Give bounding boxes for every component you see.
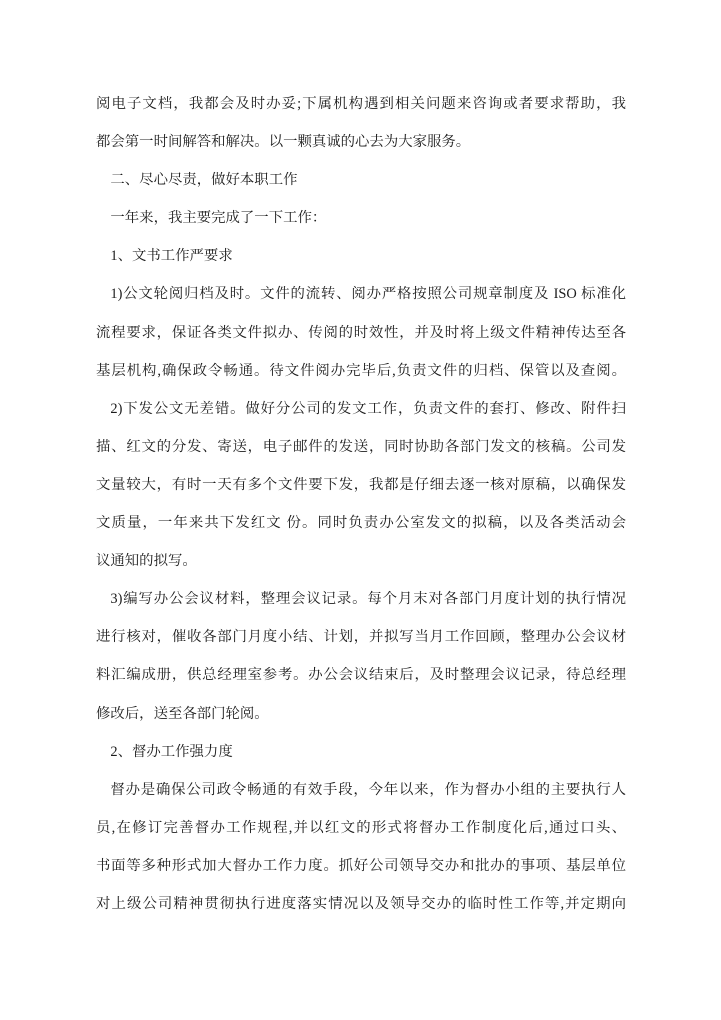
- sub-heading: 2、督办工作强力度: [96, 733, 626, 771]
- text-line: 2)下发公文无差错。做好分公司的发文工作，负责文件的套打、修改、附件扫: [96, 390, 626, 428]
- text-line: 3)编写办公会议材料，整理会议记录。每个月末对各部门月度计划的执行情况: [96, 580, 626, 618]
- text-line: 对上级公司精神贯彻执行进度落实情况以及领导交办的临时性工作等,并定期向: [96, 885, 626, 923]
- document-page: 阅电子文档，我都会及时办妥;下属机构遇到相关问题来咨询或者要求帮助，我 都会第一…: [0, 0, 721, 1020]
- text-line: 描、红文的分发、寄送，电子邮件的发送，同时协助各部门发文的核稿。公司发: [96, 428, 626, 466]
- section-heading: 二、尽心尽责，做好本职工作: [96, 161, 626, 199]
- document-body: 阅电子文档，我都会及时办妥;下属机构遇到相关问题来咨询或者要求帮助，我 都会第一…: [96, 85, 626, 923]
- text-line: 文量较大，有时一天有多个文件要下发，我都是仔细去逐一核对原稿，以确保发: [96, 466, 626, 504]
- text-line: 阅电子文档，我都会及时办妥;下属机构遇到相关问题来咨询或者要求帮助，我: [96, 85, 626, 123]
- text-line: 流程要求，保证各类文件拟办、传阅的时效性，并及时将上级文件精神传达至各: [96, 314, 626, 352]
- text-line: 修改后，送至各部门轮阅。: [96, 695, 626, 733]
- sub-heading: 1、文书工作严要求: [96, 237, 626, 275]
- text-line: 进行核对，催收各部门月度小结、计划，并拟写当月工作回顾，整理办公会议材: [96, 618, 626, 656]
- text-line: 都会第一时间解答和解决。以一颗真诚的心去为大家服务。: [96, 123, 626, 161]
- text-line: 1)公文轮阅归档及时。文件的流转、阅办严格按照公司规章制度及 ISO 标准化: [96, 275, 626, 313]
- text-line: 料汇编成册，供总经理室参考。办公会议结束后，及时整理会议记录，待总经理: [96, 656, 626, 694]
- text-line: 基层机构,确保政令畅通。待文件阅办完毕后,负责文件的归档、保管以及查阅。: [96, 352, 626, 390]
- text-line: 书面等多种形式加大督办工作力度。抓好公司领导交办和批办的事项、基层单位: [96, 847, 626, 885]
- text-line: 督办是确保公司政令畅通的有效手段，今年以来，作为督办小组的主要执行人: [96, 771, 626, 809]
- text-line: 议通知的拟写。: [96, 542, 626, 580]
- text-line: 员,在修订完善督办工作规程,并以红文的形式将督办工作制度化后,通过口头、: [96, 809, 626, 847]
- text-line: 一年来，我主要完成了一下工作：: [96, 199, 626, 237]
- text-line: 文质量，一年来共下发红文 份。同时负责办公室发文的拟稿，以及各类活动会: [96, 504, 626, 542]
